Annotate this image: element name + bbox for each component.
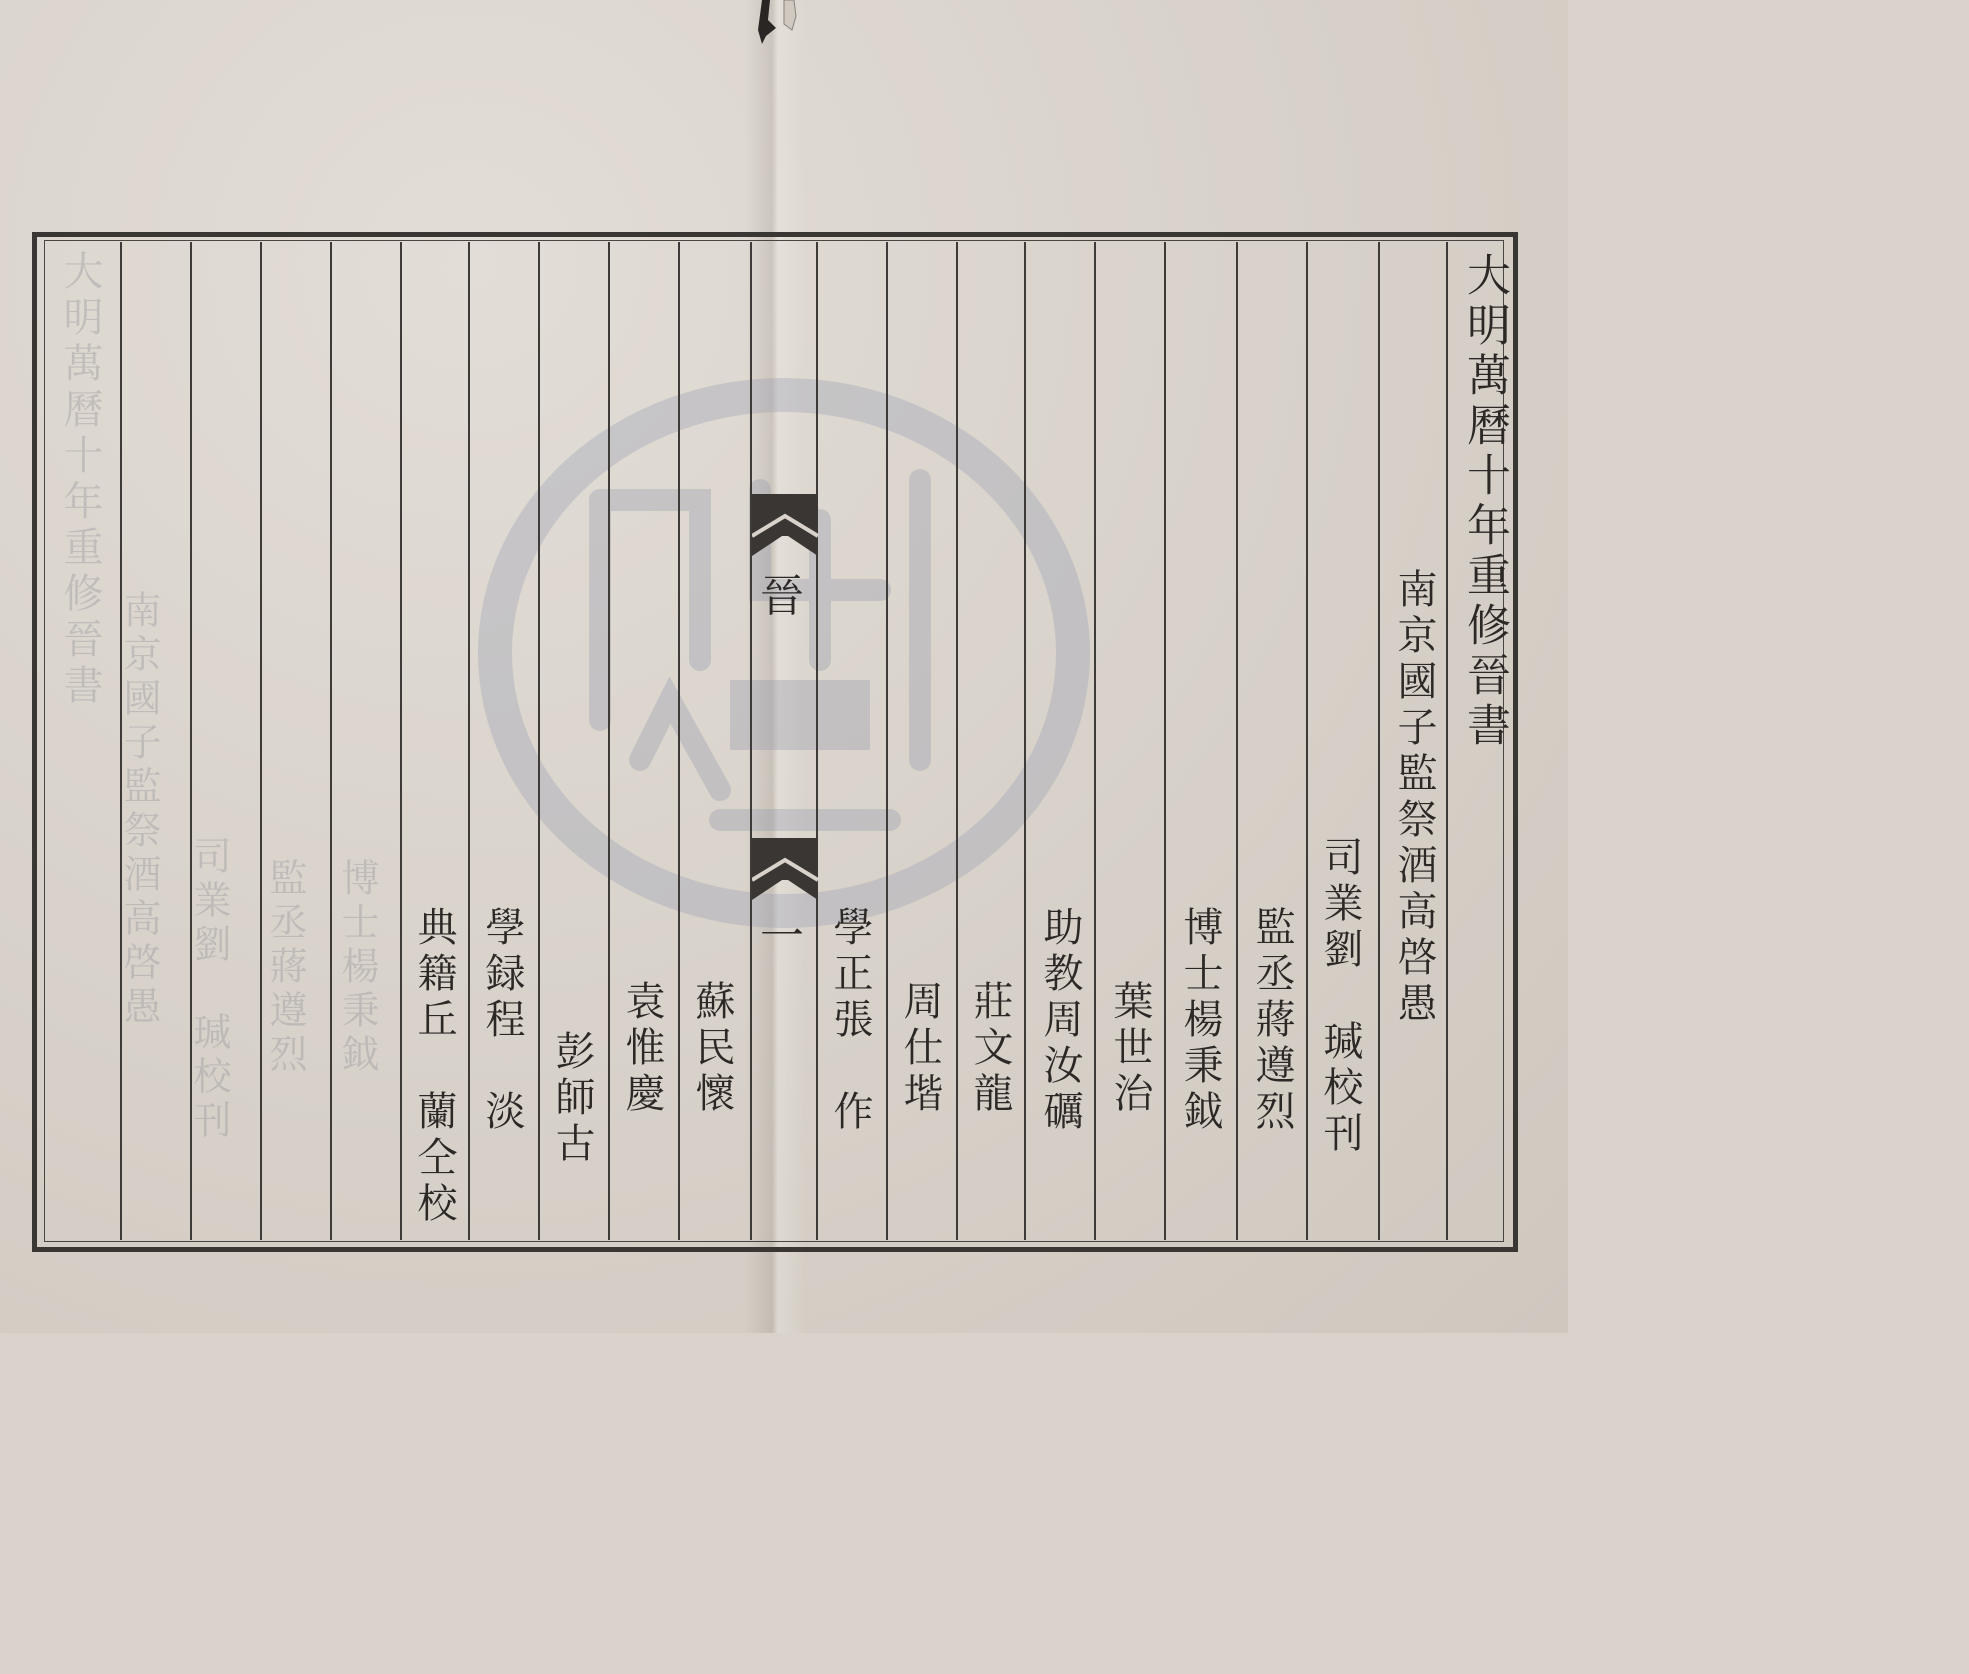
title-column: 大明萬曆十年重修晉書	[1462, 252, 1506, 752]
text-column: 蘇民懷	[692, 980, 732, 1118]
text-column: 學正張 作	[830, 906, 870, 1136]
column-rule	[1094, 242, 1096, 1240]
text-column: 周仕堦	[900, 980, 940, 1118]
column-rule	[330, 242, 332, 1240]
text-column: 助教周汝礪	[1040, 906, 1080, 1136]
column-rule	[678, 242, 680, 1240]
text-column: 典籍丘 蘭仝校	[414, 906, 454, 1228]
column-rule	[1378, 242, 1380, 1240]
column-rule	[1236, 242, 1238, 1240]
column-rule	[190, 242, 192, 1240]
text-column: 博士楊秉鉞	[1180, 906, 1220, 1136]
column-rule	[886, 242, 888, 1240]
column-rule	[1164, 242, 1166, 1240]
text-column: 葉世治	[1110, 980, 1150, 1118]
column-rule	[750, 242, 752, 1240]
spine-binding-mark	[754, 0, 804, 44]
column-rule	[538, 242, 540, 1240]
column-rule	[1024, 242, 1026, 1240]
text-column: 南京國子監祭酒高啓愚	[1394, 568, 1434, 1028]
text-column: 司業劉 瑊校刊	[1320, 836, 1360, 1158]
column-rule	[120, 242, 122, 1240]
column-rule	[1446, 242, 1448, 1240]
fishtail-mark-upper	[752, 494, 818, 564]
text-column: 袁惟慶	[622, 980, 662, 1118]
column-rule	[816, 242, 818, 1240]
column-rule	[468, 242, 470, 1240]
column-rule	[260, 242, 262, 1240]
fishtail-mark-lower	[752, 838, 818, 908]
text-column: 彭師古	[552, 1030, 592, 1168]
column-rule	[400, 242, 402, 1240]
column-rule	[608, 242, 610, 1240]
text-column: 監丞蔣遵烈	[1252, 906, 1292, 1136]
center-book-title: 晉	[760, 560, 804, 624]
center-volume-number: 一	[760, 900, 804, 964]
text-column: 學録程 淡	[482, 906, 522, 1136]
column-rule	[1306, 242, 1308, 1240]
column-rule	[956, 242, 958, 1240]
text-column: 莊文龍	[970, 980, 1010, 1118]
